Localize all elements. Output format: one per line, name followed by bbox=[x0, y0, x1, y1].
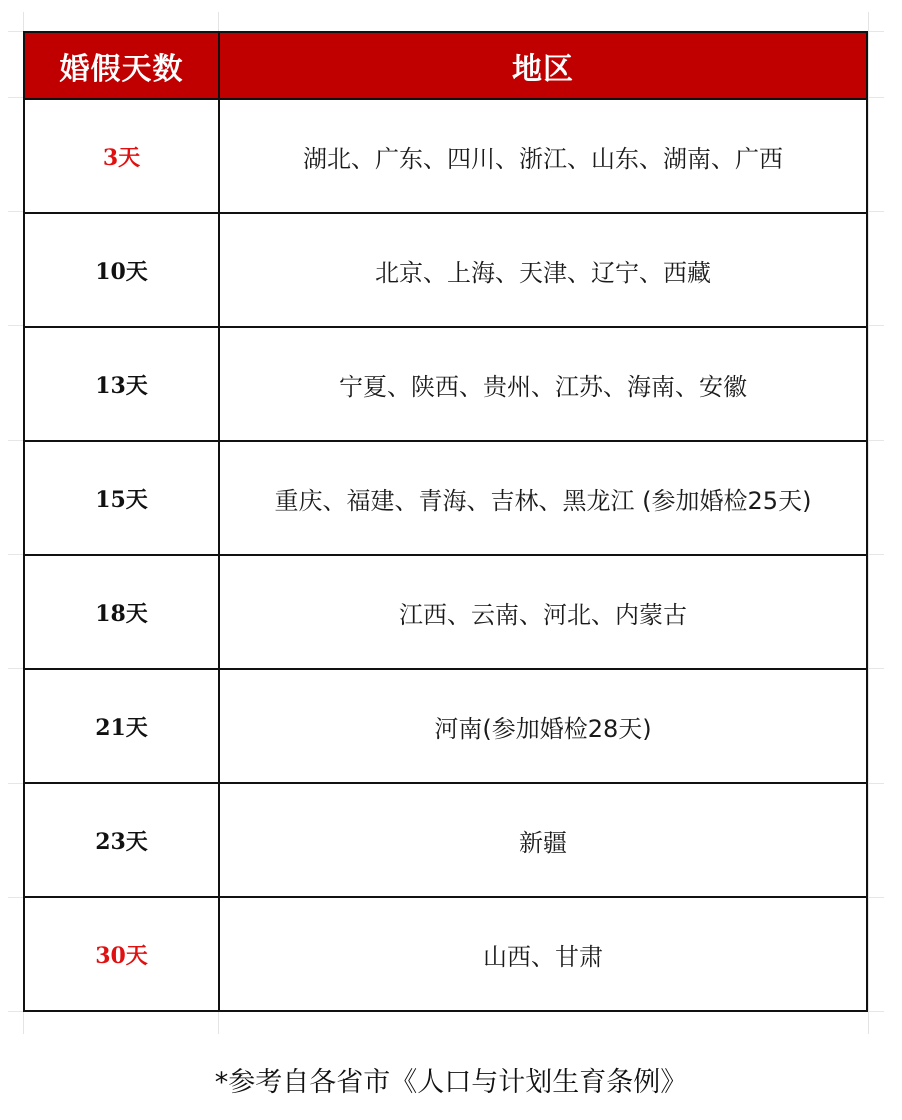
header-region: 地区 bbox=[220, 33, 866, 98]
table-row: 10天 北京、上海、天津、辽宁、西藏 bbox=[25, 212, 866, 326]
header-days: 婚假天数 bbox=[25, 33, 220, 98]
gridline-vertical bbox=[868, 12, 869, 1034]
regions-cell: 河南(参加婚检28天) bbox=[220, 670, 866, 782]
regions-cell: 宁夏、陕西、贵州、江苏、海南、安徽 bbox=[220, 328, 866, 440]
days-cell: 21天 bbox=[25, 670, 220, 782]
table-header-row: 婚假天数 地区 bbox=[25, 33, 866, 98]
table-row: 15天 重庆、福建、青海、吉林、黑龙江 (参加婚检25天) bbox=[25, 440, 866, 554]
days-cell: 30天 bbox=[25, 898, 220, 1010]
table-row: 18天 江西、云南、河北、内蒙古 bbox=[25, 554, 866, 668]
regions-cell: 新疆 bbox=[220, 784, 866, 896]
days-cell: 3天 bbox=[25, 100, 220, 212]
regions-cell: 重庆、福建、青海、吉林、黑龙江 (参加婚检25天) bbox=[220, 442, 866, 554]
marriage-leave-table: 婚假天数 地区 3天 湖北、广东、四川、浙江、山东、湖南、广西 10天 北京、上… bbox=[23, 31, 868, 1012]
days-cell: 15天 bbox=[25, 442, 220, 554]
regions-cell: 湖北、广东、四川、浙江、山东、湖南、广西 bbox=[220, 100, 866, 212]
regions-cell: 山西、甘肃 bbox=[220, 898, 866, 1010]
table-row: 30天 山西、甘肃 bbox=[25, 896, 866, 1010]
table-row: 3天 湖北、广东、四川、浙江、山东、湖南、广西 bbox=[25, 98, 866, 212]
days-cell: 23天 bbox=[25, 784, 220, 896]
days-cell: 10天 bbox=[25, 214, 220, 326]
regions-cell: 北京、上海、天津、辽宁、西藏 bbox=[220, 214, 866, 326]
days-cell: 13天 bbox=[25, 328, 220, 440]
table-row: 23天 新疆 bbox=[25, 782, 866, 896]
days-cell: 18天 bbox=[25, 556, 220, 668]
source-footnote: *参考自各省市《人口与计划生育条例》 bbox=[0, 1060, 902, 1099]
table-row: 13天 宁夏、陕西、贵州、江苏、海南、安徽 bbox=[25, 326, 866, 440]
table-row: 21天 河南(参加婚检28天) bbox=[25, 668, 866, 782]
regions-cell: 江西、云南、河北、内蒙古 bbox=[220, 556, 866, 668]
